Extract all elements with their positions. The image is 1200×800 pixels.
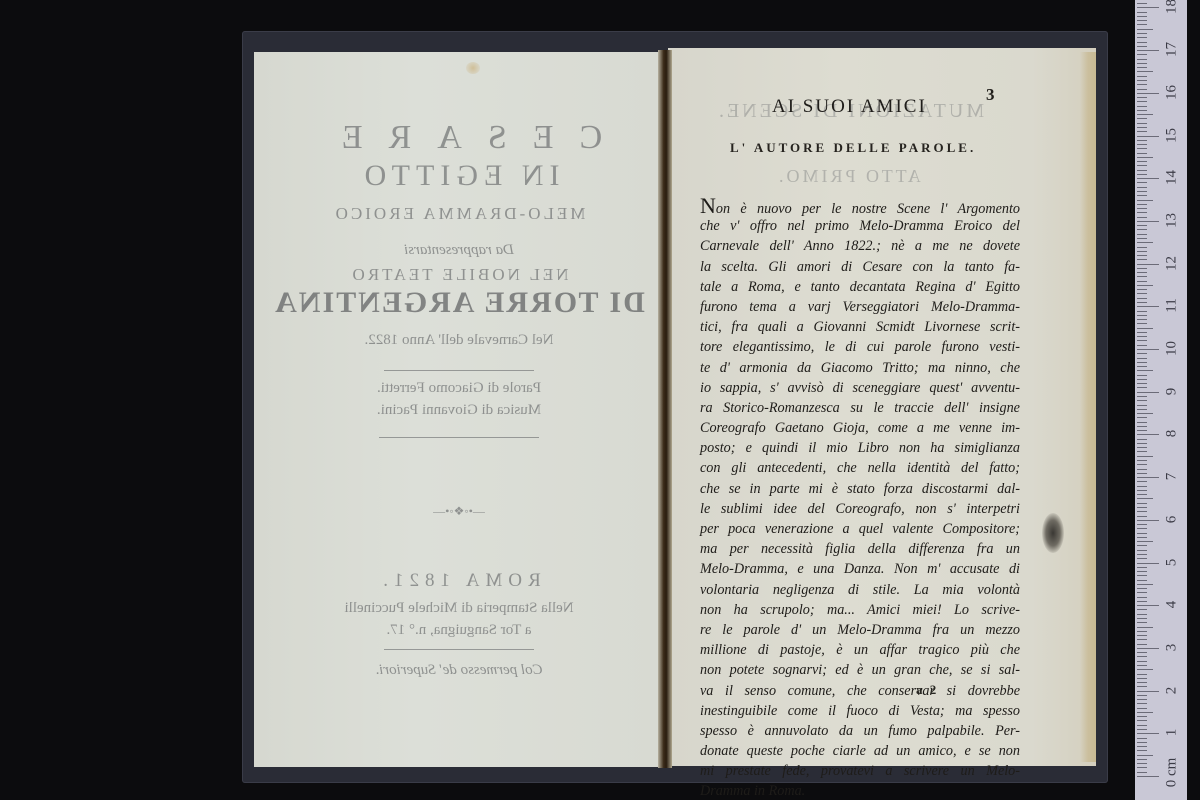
ruler-tick bbox=[1137, 54, 1147, 55]
ruler-tick bbox=[1137, 178, 1159, 179]
ruler-label: 9 bbox=[1164, 379, 1181, 403]
text-line: volontaria negligenza di stile. La mia v… bbox=[700, 580, 1020, 600]
text-line: posto; e quindi il mio Libro non ha simi… bbox=[700, 438, 1020, 458]
ruler-tick bbox=[1137, 584, 1153, 585]
ruler-label: 7 bbox=[1164, 465, 1181, 489]
ruler-tick bbox=[1137, 422, 1147, 423]
ruler-tick bbox=[1137, 212, 1147, 213]
ruler-tick bbox=[1137, 298, 1147, 299]
text-line: Dramma in Roma. bbox=[700, 781, 1020, 800]
ruler-tick bbox=[1137, 716, 1147, 717]
ruler-tick bbox=[1137, 33, 1147, 34]
ruler-tick bbox=[1137, 140, 1147, 141]
ruler-label: 1 bbox=[1164, 721, 1181, 745]
text-line: per poca venerazione a quel valente Comp… bbox=[700, 519, 1020, 539]
ruler-tick bbox=[1137, 678, 1147, 679]
ruler-tick bbox=[1137, 255, 1147, 256]
ruler-tick bbox=[1137, 481, 1147, 482]
ruler-tick bbox=[1137, 195, 1147, 196]
ruler-tick bbox=[1137, 375, 1147, 376]
text-line: non ha scrupolo; ma... Amici miei! Lo sc… bbox=[700, 600, 1020, 620]
ruler-tick bbox=[1137, 708, 1147, 709]
ruler-tick bbox=[1137, 362, 1147, 363]
ruler-tick bbox=[1137, 695, 1147, 696]
ruler-tick bbox=[1137, 16, 1147, 17]
text-line: donate queste poche ciarle ad un amico, … bbox=[700, 741, 1020, 761]
ruler-tick bbox=[1137, 191, 1147, 192]
text-line: va il senso comune, che conservar si dov… bbox=[700, 681, 1020, 701]
ruler-tick bbox=[1137, 601, 1147, 602]
ruler-tick bbox=[1137, 148, 1147, 149]
ruler-tick bbox=[1137, 656, 1147, 657]
ruler-tick bbox=[1137, 37, 1147, 38]
bleed-ornament: —•◦❖◦•— bbox=[254, 504, 664, 519]
ruler-tick bbox=[1137, 511, 1147, 512]
ruler-tick bbox=[1137, 302, 1147, 303]
ruler-tick bbox=[1137, 494, 1147, 495]
ruler-tick bbox=[1137, 605, 1159, 606]
ruler-tick bbox=[1137, 225, 1147, 226]
ruler-tick bbox=[1137, 187, 1147, 188]
ruler-tick bbox=[1137, 165, 1147, 166]
text-line: tale a Roma, e tanto decantata Regina d'… bbox=[700, 277, 1020, 297]
ruler-tick bbox=[1137, 456, 1153, 457]
ruler-tick bbox=[1137, 541, 1153, 542]
ruler-tick bbox=[1137, 315, 1147, 316]
ruler-tick bbox=[1137, 686, 1147, 687]
signature-mark: a 2 bbox=[916, 682, 938, 698]
ruler-tick bbox=[1137, 12, 1147, 13]
ruler-label: 5 bbox=[1164, 550, 1181, 574]
ruler-tick bbox=[1137, 358, 1147, 359]
ruler-tick bbox=[1137, 29, 1153, 30]
ruler-tick bbox=[1137, 174, 1147, 175]
ruler-tick bbox=[1137, 498, 1153, 499]
bleed-genre: MELO-DRAMMA EROICO bbox=[254, 204, 664, 224]
ruler-tick bbox=[1137, 460, 1147, 461]
ruler-tick bbox=[1137, 251, 1147, 252]
ruler-tick bbox=[1137, 759, 1147, 760]
ruler-label: 4 bbox=[1164, 593, 1181, 617]
ruler-tick bbox=[1137, 67, 1147, 68]
ruler-tick bbox=[1137, 336, 1147, 337]
bleed-tor: a Tor Sanguigna, n.° 17. bbox=[254, 622, 664, 639]
ruler-tick bbox=[1137, 42, 1147, 43]
text-line: tore elegantissimo, le di cui parole fur… bbox=[700, 337, 1020, 357]
ruler-tick bbox=[1137, 208, 1147, 209]
ruler-tick bbox=[1137, 537, 1147, 538]
ruler-tick bbox=[1137, 746, 1147, 747]
ruler-tick bbox=[1137, 648, 1159, 649]
ruler-tick bbox=[1137, 477, 1159, 478]
ruler-tick bbox=[1137, 580, 1147, 581]
ruler-label: 3 bbox=[1164, 635, 1181, 659]
bleed-rule bbox=[379, 437, 539, 438]
ruler-tick bbox=[1137, 520, 1159, 521]
ruler-label: 18 bbox=[1164, 0, 1181, 19]
ruler-tick bbox=[1137, 588, 1147, 589]
ruler-tick bbox=[1137, 699, 1147, 700]
ruler-tick bbox=[1137, 776, 1159, 777]
ruler-tick bbox=[1137, 563, 1159, 564]
text-line: millione di pastoje, è un affar tragico … bbox=[700, 640, 1020, 660]
ruler-tick bbox=[1137, 575, 1147, 576]
page-number: 3 bbox=[986, 85, 995, 105]
ruler-tick bbox=[1137, 750, 1147, 751]
ruler-tick bbox=[1137, 434, 1159, 435]
text-line: spesso è annuvolato da un fumo palpabile… bbox=[700, 721, 1020, 741]
ruler-tick bbox=[1137, 340, 1147, 341]
text-line: furono tema a varj Verseggiatori Melo-Dr… bbox=[700, 297, 1020, 317]
ruler-tick bbox=[1137, 238, 1147, 239]
ruler-tick bbox=[1137, 729, 1147, 730]
text-line: io sappia, s' avvisò di sceneggiare ques… bbox=[700, 378, 1020, 398]
ruler-tick bbox=[1137, 370, 1153, 371]
ruler-tick bbox=[1137, 622, 1147, 623]
ruler-tick bbox=[1137, 409, 1147, 410]
ruler-tick bbox=[1137, 319, 1147, 320]
text-line: re le parole d' un Melo-Dramma fra un me… bbox=[700, 620, 1020, 640]
text-line: tici, fra quali a Giovanni Scmidt Livorn… bbox=[700, 317, 1020, 337]
ruler-tick bbox=[1137, 430, 1147, 431]
ruler-tick bbox=[1137, 469, 1147, 470]
ruler-tick bbox=[1137, 89, 1147, 90]
ruler-tick bbox=[1137, 473, 1147, 474]
bleed-subtitle: IN EGITTO bbox=[254, 159, 664, 193]
ruler-label: 2 bbox=[1164, 678, 1181, 702]
ruler-tick bbox=[1137, 80, 1147, 81]
ruler-tick bbox=[1137, 503, 1147, 504]
ruler-tick bbox=[1137, 293, 1147, 294]
ruler-tick bbox=[1137, 545, 1147, 546]
ruler-tick bbox=[1137, 50, 1159, 51]
measurement-ruler: 0 cm123456789101112131415161718 bbox=[1135, 0, 1187, 800]
bleed-title: CESARE bbox=[254, 119, 664, 157]
ruler-tick bbox=[1137, 3, 1147, 4]
ruler-tick bbox=[1137, 59, 1147, 60]
ruler-tick bbox=[1137, 63, 1147, 64]
ruler-tick bbox=[1137, 447, 1147, 448]
ruler-tick bbox=[1137, 631, 1147, 632]
ruler-label: 6 bbox=[1164, 507, 1181, 531]
ruler-tick bbox=[1137, 550, 1147, 551]
ruler-tick bbox=[1137, 516, 1147, 517]
ruler-tick bbox=[1137, 618, 1147, 619]
ruler-tick bbox=[1137, 674, 1147, 675]
ruler-label: 16 bbox=[1164, 80, 1181, 104]
ruler-tick bbox=[1137, 614, 1147, 615]
bleed-da: Da rappresentarsi bbox=[254, 242, 664, 259]
ruler-tick bbox=[1137, 558, 1147, 559]
text-line: che v' offro nel primo Melo-Dramma Eroic… bbox=[700, 216, 1020, 236]
text-line: inestinguibile come il fuoco di Vesta; m… bbox=[700, 701, 1020, 721]
ruler-tick bbox=[1137, 114, 1153, 115]
ruler-tick bbox=[1137, 682, 1147, 683]
ruler-label: 17 bbox=[1164, 38, 1181, 62]
ruler-tick bbox=[1137, 417, 1147, 418]
ruler-tick bbox=[1137, 383, 1147, 384]
ruler-tick bbox=[1137, 392, 1159, 393]
ruler-tick bbox=[1137, 306, 1159, 307]
ruler-tick bbox=[1137, 289, 1147, 290]
text-line: con gli antecedenti, che nella identità … bbox=[700, 458, 1020, 478]
ruler-tick bbox=[1137, 738, 1147, 739]
ruler-tick bbox=[1137, 396, 1147, 397]
page-subheading: L' AUTORE DELLE PAROLE. bbox=[730, 140, 976, 156]
ruler-label: 8 bbox=[1164, 422, 1181, 446]
ruler-label: 15 bbox=[1164, 123, 1181, 147]
ruler-tick bbox=[1137, 136, 1159, 137]
ruler-tick bbox=[1137, 703, 1147, 704]
ruler-tick bbox=[1137, 763, 1147, 764]
ruler-tick bbox=[1137, 567, 1147, 568]
ruler-tick bbox=[1137, 127, 1147, 128]
ruler-tick bbox=[1137, 742, 1147, 743]
page-edge bbox=[1080, 52, 1096, 762]
ruler-tick bbox=[1137, 281, 1147, 282]
ruler-tick bbox=[1137, 131, 1147, 132]
ruler-tick bbox=[1137, 379, 1147, 380]
ruler-tick bbox=[1137, 311, 1147, 312]
text-line: ra Storico-Romanzesca su le traccie dell… bbox=[700, 398, 1020, 418]
ruler-tick bbox=[1137, 323, 1147, 324]
ruler-tick bbox=[1137, 772, 1147, 773]
ruler-tick bbox=[1137, 464, 1147, 465]
ruler-tick bbox=[1137, 639, 1147, 640]
ruler-tick bbox=[1137, 443, 1147, 444]
ruler-tick bbox=[1137, 247, 1147, 248]
bleed-rule bbox=[384, 649, 534, 650]
ruler-tick bbox=[1137, 46, 1147, 47]
ruler-tick bbox=[1137, 144, 1147, 145]
ruler-tick bbox=[1137, 524, 1147, 525]
ruler-tick bbox=[1137, 332, 1147, 333]
ruler-label: 13 bbox=[1164, 208, 1181, 232]
ruler-tick bbox=[1137, 93, 1159, 94]
ruler-tick bbox=[1137, 272, 1147, 273]
drop-cap: N bbox=[700, 193, 716, 218]
ruler-tick bbox=[1137, 161, 1147, 162]
bleed-carnevale: Nel Carnevale dell' Anno 1822. bbox=[254, 332, 664, 349]
ruler-label: 0 cm bbox=[1164, 753, 1181, 793]
ink-stain bbox=[1042, 513, 1064, 553]
left-page-bleed-through: CESARE IN EGITTO MELO-DRAMMA EROICO Da r… bbox=[254, 52, 664, 767]
ruler-tick bbox=[1137, 20, 1147, 21]
ruler-tick bbox=[1137, 7, 1159, 8]
ruler-tick bbox=[1137, 767, 1147, 768]
text-line: te d' armonia da Giacomo Tritto; ma ninn… bbox=[700, 358, 1020, 378]
ruler-tick bbox=[1137, 71, 1153, 72]
ruler-tick bbox=[1137, 259, 1147, 260]
ruler-tick bbox=[1137, 153, 1147, 154]
bleed-musica: Musica di Giovanni Pacini. bbox=[254, 402, 664, 419]
ruler-tick bbox=[1137, 426, 1147, 427]
ruler-tick bbox=[1137, 725, 1147, 726]
text-line: Carnevale dell' Anno 1822.; nè a me ne d… bbox=[700, 236, 1020, 256]
text-line: non potete sognarvi; ed è un gran che, s… bbox=[700, 660, 1020, 680]
ruler-tick bbox=[1137, 84, 1147, 85]
ruler-tick bbox=[1137, 157, 1153, 158]
ruler-tick bbox=[1137, 264, 1159, 265]
ruler-tick bbox=[1137, 328, 1153, 329]
ruler-tick bbox=[1137, 627, 1153, 628]
ruler-tick bbox=[1137, 276, 1147, 277]
ruler-label: 12 bbox=[1164, 251, 1181, 275]
ruler-tick bbox=[1137, 242, 1153, 243]
ruler-tick bbox=[1137, 592, 1147, 593]
ruler-tick bbox=[1137, 221, 1159, 222]
ruler-tick bbox=[1137, 24, 1147, 25]
ruler-tick bbox=[1137, 204, 1147, 205]
ruler-tick bbox=[1137, 597, 1147, 598]
ruler-tick bbox=[1137, 691, 1159, 692]
ruler-tick bbox=[1137, 97, 1147, 98]
ruler-tick bbox=[1137, 217, 1147, 218]
ruler-tick bbox=[1137, 644, 1147, 645]
ruler-tick bbox=[1137, 635, 1147, 636]
ruler-tick bbox=[1137, 405, 1147, 406]
bleed-roma: ROMA 1821. bbox=[254, 570, 664, 592]
ruler-tick bbox=[1137, 413, 1153, 414]
ruler-tick bbox=[1137, 353, 1147, 354]
right-bleed-subheading: ATTO PRIMO. bbox=[776, 166, 921, 187]
ruler-tick bbox=[1137, 665, 1147, 666]
ruler-tick bbox=[1137, 661, 1147, 662]
ruler-tick bbox=[1137, 554, 1147, 555]
ruler-tick bbox=[1137, 533, 1147, 534]
ruler-tick bbox=[1137, 76, 1147, 77]
ruler-tick bbox=[1137, 669, 1153, 670]
ruler-tick bbox=[1137, 439, 1147, 440]
ruler-tick bbox=[1137, 609, 1147, 610]
ruler-tick bbox=[1137, 755, 1153, 756]
text-line: ma per necessità figlia della differenza… bbox=[700, 539, 1020, 559]
ruler-tick bbox=[1137, 268, 1147, 269]
text-line: che se in parte mi è stato forza discost… bbox=[700, 479, 1020, 499]
ruler-tick bbox=[1137, 118, 1147, 119]
ruler-tick bbox=[1137, 170, 1147, 171]
ruler-tick bbox=[1137, 234, 1147, 235]
ruler-tick bbox=[1137, 123, 1147, 124]
text-line: Coreografo Gaetano Gioja, come a me venn… bbox=[700, 418, 1020, 438]
ruler-tick bbox=[1137, 387, 1147, 388]
body-text: Non è nuovo per le nostre Scene l' Argom… bbox=[700, 196, 1020, 800]
text-line: mi prestate fede, provatevi a scrivere u… bbox=[700, 761, 1020, 781]
ruler-tick bbox=[1137, 106, 1147, 107]
ruler-tick bbox=[1137, 733, 1159, 734]
ruler-tick bbox=[1137, 182, 1147, 183]
ruler-tick bbox=[1137, 451, 1147, 452]
text-line: le sublimi idee del Coreografo, non s' i… bbox=[700, 499, 1020, 519]
ruler-tick bbox=[1137, 712, 1153, 713]
ruler-tick bbox=[1137, 285, 1153, 286]
ruler-tick bbox=[1137, 486, 1147, 487]
ruler-tick bbox=[1137, 110, 1147, 111]
ruler-tick bbox=[1137, 345, 1147, 346]
ruler-tick bbox=[1137, 528, 1147, 529]
ruler-label: 10 bbox=[1164, 337, 1181, 361]
ruler-tick bbox=[1137, 720, 1147, 721]
book-gutter bbox=[658, 50, 672, 768]
ruler-tick bbox=[1137, 366, 1147, 367]
page-heading: AI SUOI AMICI bbox=[772, 96, 927, 118]
ruler-tick bbox=[1137, 349, 1159, 350]
bleed-rule bbox=[384, 370, 534, 371]
ruler-tick bbox=[1137, 101, 1147, 102]
bleed-permesso: Col permesso de' Superiori. bbox=[254, 662, 664, 679]
bleed-torre: DI TORRE ARGENTINA bbox=[254, 286, 664, 320]
ruler-label: 11 bbox=[1164, 294, 1181, 318]
text-line: Melo-Dramma, e una Danza. Non m' accusat… bbox=[700, 559, 1020, 579]
ruler-tick bbox=[1137, 400, 1147, 401]
ruler-tick bbox=[1137, 229, 1147, 230]
bleed-stamperia: Nella Stamperia di Michele Puccinelli bbox=[254, 600, 664, 617]
bleed-nel: NEL NOBILE TEATRO bbox=[254, 265, 664, 285]
ruler-tick bbox=[1137, 507, 1147, 508]
bleed-parole: Parole di Giacomo Ferretti. bbox=[254, 380, 664, 397]
ruler-tick bbox=[1137, 652, 1147, 653]
ruler-tick bbox=[1137, 490, 1147, 491]
ruler-label: 14 bbox=[1164, 166, 1181, 190]
ruler-tick bbox=[1137, 200, 1153, 201]
text-line: Non è nuovo per le nostre Scene l' Argom… bbox=[700, 196, 1020, 216]
ruler-tick bbox=[1137, 571, 1147, 572]
text-line: la scelta. Gli amori di Cesare con la ta… bbox=[700, 257, 1020, 277]
